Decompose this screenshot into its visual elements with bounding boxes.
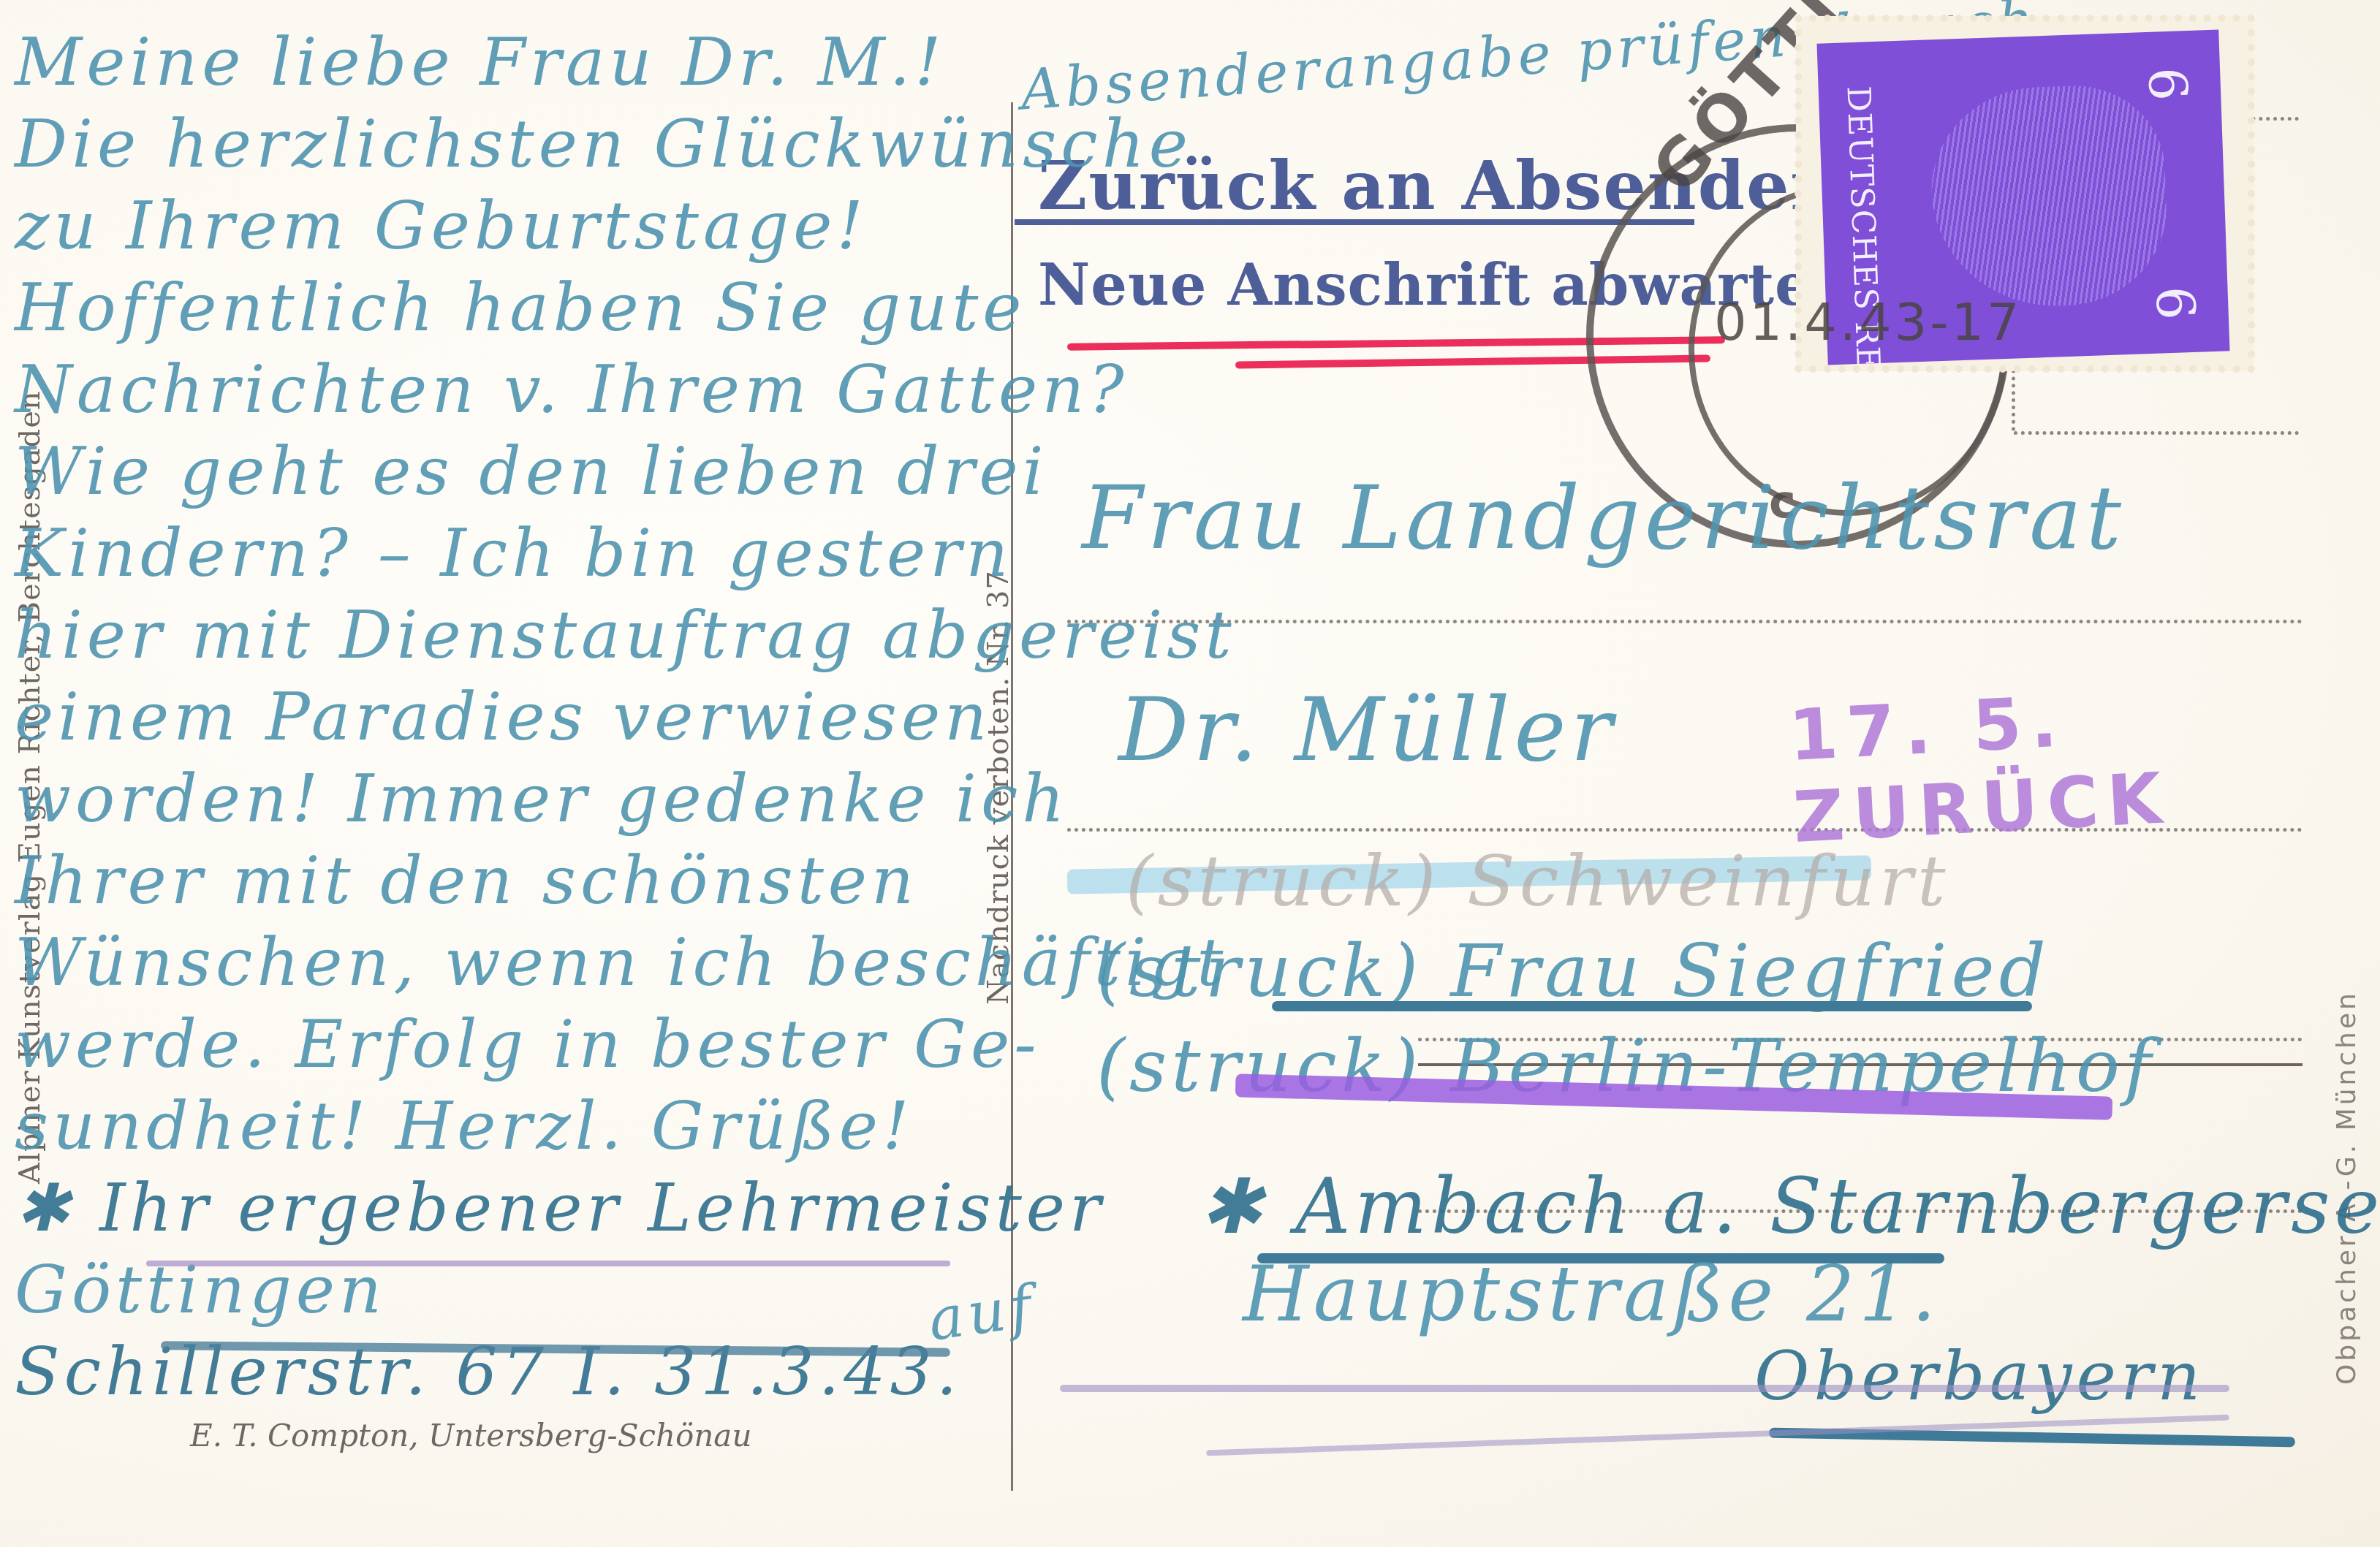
portrait-engraving: [1928, 83, 2169, 310]
address-line-new-place: ✱ Ambach a. Starnbergersee: [1199, 1162, 2380, 1251]
message-line: sundheit! Herzl. Grüße!: [15, 1086, 1236, 1168]
artist-caption: E. T. Compton, Untersberg-Schönau: [190, 1418, 751, 1453]
signature-strike-violet: [146, 1261, 950, 1266]
message-signature: ✱ Ihr ergebener Lehrmeister: [15, 1168, 1236, 1250]
message-line: Ihrer mit den schönsten: [15, 840, 1236, 922]
message-line: hier mit Dienstauftrag abgereist: [15, 595, 1236, 677]
message-line: Die herzlichsten Glückwünsche: [15, 104, 1236, 186]
message-line: Kindern? – Ich bin gestern: [15, 513, 1236, 595]
message-line: Meine liebe Frau Dr. M.!: [15, 22, 1236, 104]
address-line-1: [1067, 620, 2303, 623]
postmark-date: 01.4.43-17: [1714, 292, 2023, 352]
stamp-box-bottom: [2014, 431, 2299, 435]
message-line: Nachrichten v. Ihrem Gatten?: [15, 349, 1236, 431]
postcard-back: Alpiner Kunstverlag Eugen Richter, Berch…: [0, 0, 2380, 1547]
address-line-struck-1: (struck) Schweinfurt: [1126, 840, 1950, 922]
message-body: Meine liebe Frau Dr. M.! Die herzlichste…: [15, 22, 1236, 1413]
message-line: Hoffentlich haben Sie gute: [15, 267, 1236, 349]
message-line: worden! Immer gedenke ich: [15, 759, 1236, 840]
message-line: zu Ihrem Geburtstage!: [15, 186, 1236, 267]
address-line-recipient-title: Frau Landgerichtsrat: [1082, 468, 2126, 569]
return-date-stamp: 17. 5. ZURÜCK: [1787, 664, 2380, 859]
stamp-value-top: 6: [2137, 66, 2199, 102]
address-line-region: Oberbayern: [1754, 1337, 2205, 1415]
strike-line-2: [1272, 1001, 2032, 1011]
address-line-street: Hauptstraße 21.: [1243, 1250, 1940, 1339]
message-line: Wie geht es den lieben drei: [15, 431, 1236, 513]
message-line: Wünschen, wenn ich beschäftigt: [15, 922, 1236, 1004]
stamp-value-bottom: 6: [2144, 285, 2207, 321]
message-line: werde. Erfolg in bester Ge-: [15, 1004, 1236, 1086]
message-line: einem Paradies verwiesen: [15, 677, 1236, 759]
